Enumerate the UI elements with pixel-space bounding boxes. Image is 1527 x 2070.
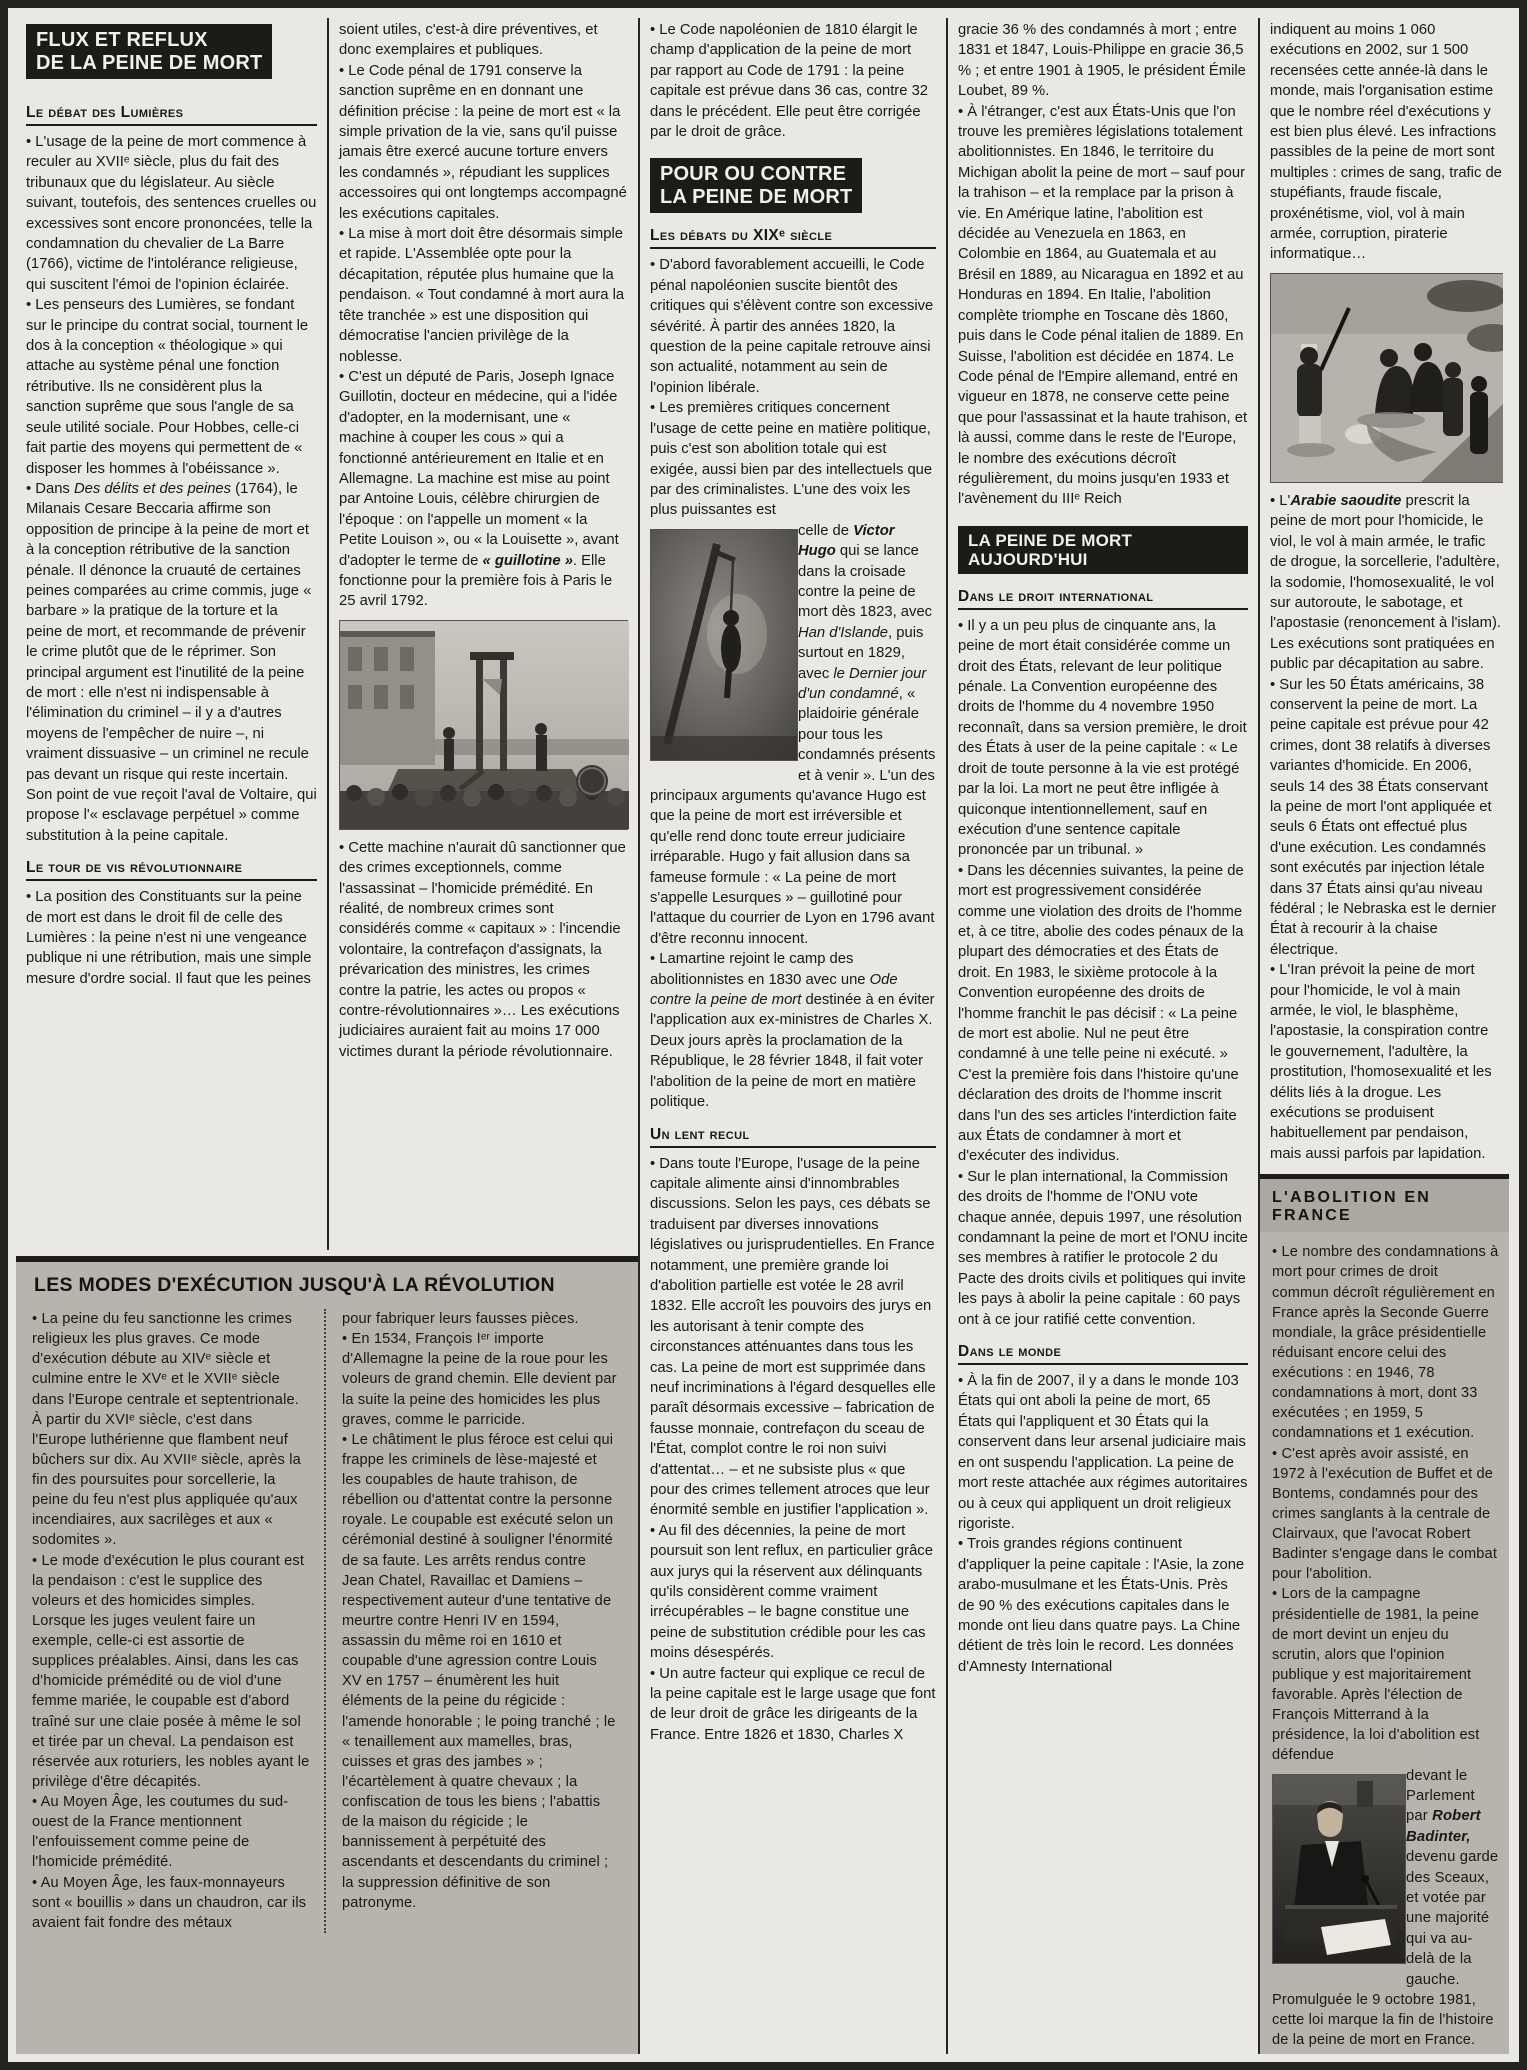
column-2: soient utiles, c'est-à dire préventives,… <box>327 18 638 1250</box>
paragraph: • Un autre facteur qui explique ce recul… <box>650 1664 936 1746</box>
column-5: indiquent au moins 1 060 exécutions en 2… <box>1258 18 1513 2054</box>
saudi-execution-photo-illustration <box>1271 274 1503 482</box>
paragraph: • Les penseurs des Lumières, se fondant … <box>26 295 317 479</box>
text-run: celle de <box>798 523 853 539</box>
paragraph: • Trois grandes régions continuent d'app… <box>958 1534 1248 1677</box>
paragraph: • La position des Constituants sur la pe… <box>26 887 317 989</box>
chapter-header-line2: LA PEINE DE MORT <box>660 186 852 209</box>
paragraph: • À l'étranger, c'est aux États-Unis que… <box>958 102 1248 510</box>
modes-left-column: • La peine du feu sanctionne les crimes … <box>32 1309 324 1933</box>
hanged-man-photo-illustration <box>651 530 797 760</box>
paragraph: • L'usage de la peine de mort commence à… <box>26 132 317 295</box>
paragraph: • Sur les 50 États américains, 38 conser… <box>1270 675 1503 961</box>
subhead-dans-le-monde: Dans le monde <box>958 1343 1248 1365</box>
paragraph: • Dans Des délits et des peines (1764), … <box>26 479 317 846</box>
subhead-tour-de-vis: Le tour de vis révolutionnaire <box>26 859 317 881</box>
paragraph: • Le nombre des condamnations à mort pou… <box>1272 1242 1499 1443</box>
paragraph: • En 1534, François Iᵉʳ importe d'Allema… <box>342 1329 620 1430</box>
chapter-header-peine-aujourdhui: LA PEINE DE MORT AUJOURD'HUI <box>958 526 1248 574</box>
paragraph: • Le Code pénal de 1791 conserve la sanc… <box>339 61 628 224</box>
paragraph: gracie 36 % des condamnés à mort ; entre… <box>958 20 1248 102</box>
text-run: • C'est un député de Paris, Joseph Ignac… <box>339 369 619 569</box>
column-1: FLUX ET REFLUX DE LA PEINE DE MORT Le dé… <box>16 18 327 1250</box>
paragraph: • Au fil des décennies, la peine de mort… <box>650 1521 936 1664</box>
paragraph: • Le Code napoléonien de 1810 élargit le… <box>650 20 936 142</box>
box-title-modes-execution: LES MODES D'EXÉCUTION JUSQU'À LA RÉVOLUT… <box>34 1274 622 1297</box>
chapter-header-line1: POUR OU CONTRE <box>660 163 852 186</box>
text-run: devenu garde des Sceaux, et votée par un… <box>1406 1849 1498 1987</box>
paragraph: • Lamartine rejoint le camp des abolitio… <box>650 949 936 1112</box>
hanged-man-image <box>650 529 798 761</box>
paragraph: • L'Arabie saoudite prescrit la peine de… <box>1270 491 1503 675</box>
column-3: • Le Code napoléonien de 1810 élargit le… <box>638 18 946 2054</box>
text-run: • L' <box>1270 493 1290 509</box>
paragraph: • Au Moyen Âge, les coutumes du sud-oues… <box>32 1792 310 1873</box>
left-pair: FLUX ET REFLUX DE LA PEINE DE MORT Le dé… <box>16 18 638 2054</box>
modes-columns: • La peine du feu sanctionne les crimes … <box>32 1309 622 1933</box>
paragraph: soient utiles, c'est-à dire préventives,… <box>339 20 628 61</box>
keyword-guillotine: « guillotine » <box>482 553 572 569</box>
chapter-header-flux-reflux: FLUX ET REFLUX DE LA PEINE DE MORT <box>26 24 272 79</box>
guillotine-execution-image <box>339 620 628 830</box>
subhead-debat-lumieres: Le débat des Lumières <box>26 104 317 126</box>
paragraph: • Au Moyen Âge, les faux-monnayeurs sont… <box>32 1873 310 1933</box>
subhead-debats-xix: Les débats du XIXᵉ siècle <box>650 227 936 249</box>
subhead-droit-international: Dans le droit international <box>958 588 1248 610</box>
paragraph: indiquent au moins 1 060 exécutions en 2… <box>1270 20 1503 265</box>
box-title-abolition-france: L'ABOLITION EN FRANCE <box>1260 1179 1509 1232</box>
text-run: destinée à en éviter l'application aux e… <box>650 992 935 1110</box>
paragraph: • La mise à mort doit être désormais sim… <box>339 224 628 367</box>
paragraph: • Dans toute l'Europe, l'usage de la pei… <box>650 1154 936 1521</box>
modes-execution-box: LES MODES D'EXÉCUTION JUSQU'À LA RÉVOLUT… <box>16 1256 638 2054</box>
book-title: Des délits et des peines <box>74 481 231 497</box>
paragraph: • À la fin de 2007, il y a dans le monde… <box>958 1371 1248 1534</box>
keyword-arabie-saoudite: Arabie saoudite <box>1290 493 1401 509</box>
paragraph: • Sur le plan international, la Commissi… <box>958 1167 1248 1330</box>
paragraph: • Le mode d'exécution le plus courant es… <box>32 1551 310 1793</box>
paragraph: • L'Iran prévoit la peine de mort pour l… <box>1270 960 1503 1164</box>
text-run: • Lamartine rejoint le camp des abolitio… <box>650 951 870 987</box>
paragraph: • Les premières critiques concernent l'u… <box>650 398 936 520</box>
chapter-header-line1: FLUX ET REFLUX <box>36 29 262 52</box>
guillotine-scene-illustration <box>340 621 629 829</box>
paragraph: • Le châtiment le plus féroce est celui … <box>342 1430 620 1913</box>
paragraph: • Lors de la campagne présidentielle de … <box>1272 1584 1499 1765</box>
paragraph: • Il y a un peu plus de cinquante ans, l… <box>958 616 1248 861</box>
paragraph: • C'est après avoir assisté, en 1972 à l… <box>1272 1444 1499 1585</box>
saudi-execution-image <box>1270 273 1503 483</box>
column-4: gracie 36 % des condamnés à mort ; entre… <box>946 18 1258 2054</box>
text-run: • Dans <box>26 481 74 497</box>
paragraph: • Dans les décennies suivantes, la peine… <box>958 861 1248 1167</box>
book-title: Han d'Islande <box>798 625 888 641</box>
chapter-header-pour-ou-contre: POUR OU CONTRE LA PEINE DE MORT <box>650 158 862 213</box>
pair-columns: FLUX ET REFLUX DE LA PEINE DE MORT Le dé… <box>16 18 638 1250</box>
paragraph: Promulguée le 9 octobre 1981, cette loi … <box>1272 1990 1499 2050</box>
text-run: prescrit la peine de mort pour l'homicid… <box>1270 493 1501 672</box>
paragraph: • Cette machine n'aurait dû sanctionner … <box>339 838 628 1062</box>
modes-right-column: pour fabriquer leurs fausses pièces. • E… <box>324 1309 622 1933</box>
column-layout: FLUX ET REFLUX DE LA PEINE DE MORT Le dé… <box>16 18 1513 2054</box>
paragraph: • C'est un député de Paris, Joseph Ignac… <box>339 367 628 612</box>
chapter-header-line2: DE LA PEINE DE MORT <box>36 52 262 75</box>
badinter-image <box>1272 1774 1406 1964</box>
badinter-parliament-photo-illustration <box>1273 1775 1405 1963</box>
abolition-france-box: L'ABOLITION EN FRANCE • Le nombre des co… <box>1260 1174 1509 2054</box>
encyclopedia-page: FLUX ET REFLUX DE LA PEINE DE MORT Le dé… <box>0 0 1527 2070</box>
hugo-paragraph-with-photo: celle de Victor Hugo qui se lance dans l… <box>650 521 936 950</box>
text-run: (1764), le Milanais Cesare Beccaria affi… <box>26 481 317 844</box>
paragraph: • La peine du feu sanctionne les crimes … <box>32 1309 310 1551</box>
badinter-paragraph-with-photo: devant le Parlement par Robert Badinter,… <box>1272 1766 1499 1990</box>
paragraph: • D'abord favorablement accueilli, le Co… <box>650 255 936 398</box>
subhead-lent-recul: Un lent recul <box>650 1126 936 1148</box>
paragraph: pour fabriquer leurs fausses pièces. <box>342 1309 620 1329</box>
